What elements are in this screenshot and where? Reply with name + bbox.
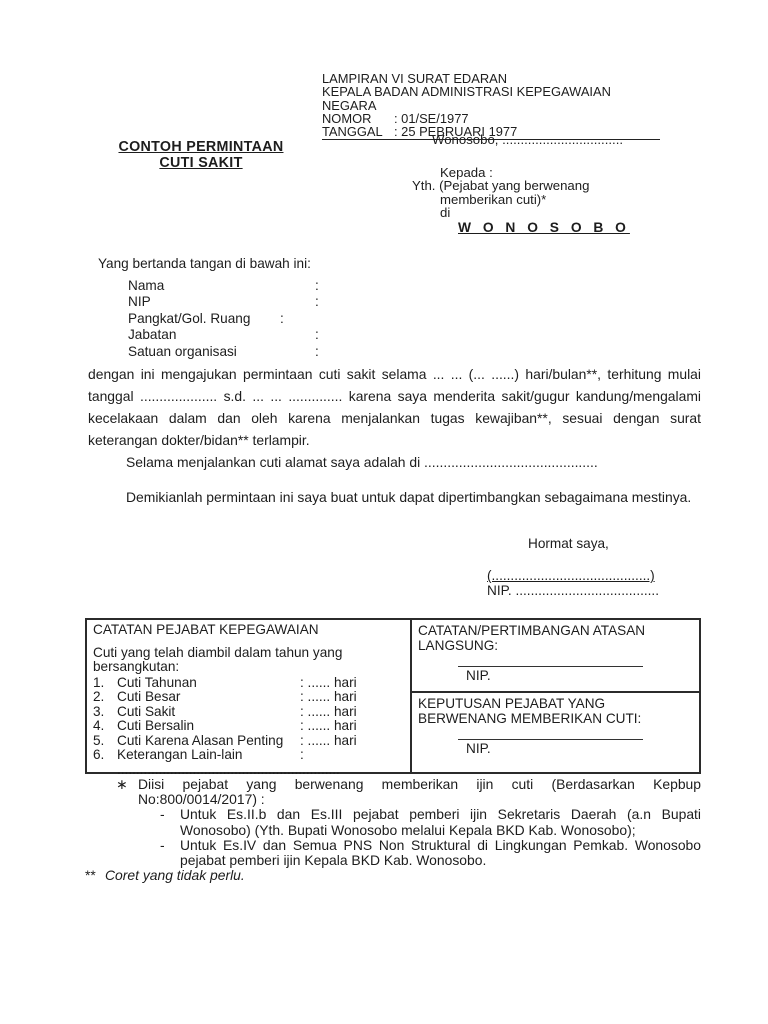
- address-block: Wonosobo, ..............................…: [412, 133, 687, 235]
- di-line: di: [440, 206, 687, 220]
- field-pangkat: Pangkat/Gol. Ruang:: [128, 311, 701, 327]
- double-asterisk-marker: **: [85, 868, 96, 883]
- field-jabatan: Jabatan:: [128, 327, 701, 343]
- leave-item-row: 2.Cuti Besar: ...... hari: [93, 690, 404, 705]
- officials-table: CATATAN PEJABAT KEPEGAWAIAN Cuti yang te…: [85, 618, 701, 774]
- signature-name-line: (.......................................…: [487, 568, 659, 583]
- catatan-atasan-title-line2: LANGSUNG:: [418, 638, 693, 653]
- item-label: Cuti Besar: [117, 690, 300, 705]
- city-name: W O N O S O B O: [458, 221, 687, 235]
- opening-line: Yang bertanda tangan di bawah ini:: [98, 256, 701, 271]
- leave-item-row: 1.Cuti Tahunan: ...... hari: [93, 676, 404, 691]
- item-value: :: [300, 748, 404, 763]
- leave-item-row: 3.Cuti Sakit: ...... hari: [93, 705, 404, 720]
- item-value: : ...... hari: [300, 719, 404, 734]
- nomor-row: NOMOR: 01/SE/1977: [322, 112, 660, 125]
- item-no: 2.: [93, 690, 117, 705]
- item-no: 1.: [93, 676, 117, 691]
- catatan-pejabat-subtitle: Cuti yang telah diambil dalam tahun yang…: [93, 646, 404, 675]
- identity-fields: Nama: NIP: Pangkat/Gol. Ruang: Jabatan: …: [128, 278, 701, 360]
- footnote-star: ∗ Diisi pejabat yang berwenang memberika…: [85, 777, 701, 807]
- address-during-leave-line: Selama menjalankan cuti alamat saya adal…: [88, 452, 701, 474]
- field-satuan: Satuan organisasi:: [128, 344, 701, 360]
- nomor-label: NOMOR: [322, 112, 394, 125]
- signature-block: Hormat saya, (..........................…: [487, 536, 659, 599]
- field-nama: Nama:: [128, 278, 701, 294]
- keputusan-title-line1: KEPUTUSAN PEJABAT YANG: [418, 696, 693, 711]
- footnote-double-star-text: Coret yang tidak perlu.: [105, 867, 245, 883]
- field-nip-colon: :: [315, 294, 319, 309]
- document-title-line1: CONTOH PERMINTAAN: [85, 139, 317, 155]
- field-jabatan-colon: :: [315, 327, 319, 342]
- field-satuan-colon: :: [315, 344, 319, 359]
- field-pangkat-label: Pangkat/Gol. Ruang: [128, 311, 280, 327]
- footnote-sub-item: - Untuk Es.IV dan Semua PNS Non Struktur…: [85, 838, 701, 868]
- letter-body: Yang bertanda tangan di bawah ini: Nama:…: [88, 256, 701, 508]
- footnote-sub-item: - Untuk Es.II.b dan Es.III pejabat pembe…: [85, 807, 701, 837]
- footnote-sub-text: Untuk Es.II.b dan Es.III pejabat pemberi…: [180, 806, 701, 837]
- catatan-atasan-cell: CATATAN/PERTIMBANGAN ATASAN LANGSUNG: NI…: [412, 620, 699, 693]
- item-label: Cuti Sakit: [117, 705, 300, 720]
- field-nama-label: Nama: [128, 278, 315, 294]
- item-label: Cuti Karena Alasan Penting: [117, 734, 300, 749]
- city-date-line: Wonosobo, ..............................…: [432, 133, 687, 147]
- field-satuan-label: Satuan organisasi: [128, 344, 315, 360]
- document-title: CONTOH PERMINTAAN CUTI SAKIT: [85, 139, 317, 171]
- dash-marker: -: [160, 838, 165, 853]
- field-nip: NIP:: [128, 294, 701, 310]
- keputusan-title-line2: BERWENANG MEMBERIKAN CUTI:: [418, 711, 693, 726]
- catatan-atasan-title-line1: CATATAN/PERTIMBANGAN ATASAN: [418, 623, 693, 638]
- item-no: 6.: [93, 748, 117, 763]
- yth-line1: Yth. (Pejabat yang berwenang: [412, 179, 687, 193]
- item-label: Keterangan Lain-lain: [117, 748, 300, 763]
- item-no: 3.: [93, 705, 117, 720]
- item-no: 5.: [93, 734, 117, 749]
- field-jabatan-label: Jabatan: [128, 327, 315, 343]
- field-nama-colon: :: [315, 278, 319, 293]
- asterisk-marker: ∗: [116, 777, 128, 792]
- leave-item-row: 4.Cuti Bersalin: ...... hari: [93, 719, 404, 734]
- keputusan-pejabat-cell: KEPUTUSAN PEJABAT YANG BERWENANG MEMBERI…: [412, 693, 699, 772]
- document-title-line2: CUTI SAKIT: [85, 155, 317, 171]
- leave-item-row: 6.Keterangan Lain-lain:: [93, 748, 404, 763]
- signature-rule: [458, 666, 643, 667]
- keputusan-nip-label: NIP.: [466, 741, 693, 756]
- right-column: CATATAN/PERTIMBANGAN ATASAN LANGSUNG: NI…: [412, 620, 699, 772]
- footnote-double-star: ** Coret yang tidak perlu.: [85, 868, 701, 883]
- document-page: LAMPIRAN VI SURAT EDARAN KEPALA BADAN AD…: [0, 0, 768, 1024]
- leave-item-row: 5.Cuti Karena Alasan Penting: ...... har…: [93, 734, 404, 749]
- item-label: Cuti Bersalin: [117, 719, 300, 734]
- kepada-line: Kepada :: [440, 166, 687, 180]
- item-value: : ...... hari: [300, 705, 404, 720]
- item-value: : ...... hari: [300, 676, 404, 691]
- closing-paragraph: Demikianlah permintaan ini saya buat unt…: [88, 487, 701, 509]
- footnotes: ∗ Diisi pejabat yang berwenang memberika…: [85, 777, 701, 883]
- dash-marker: -: [160, 807, 165, 822]
- catatan-pejabat-title: CATATAN PEJABAT KEPEGAWAIAN: [93, 623, 404, 638]
- catatan-pejabat-cell: CATATAN PEJABAT KEPEGAWAIAN Cuti yang te…: [87, 620, 412, 772]
- field-pangkat-colon: :: [280, 311, 284, 326]
- field-nip-label: NIP: [128, 294, 315, 310]
- item-no: 4.: [93, 719, 117, 734]
- item-value: : ...... hari: [300, 734, 404, 749]
- lampiran-header: LAMPIRAN VI SURAT EDARAN KEPALA BADAN AD…: [322, 72, 660, 140]
- item-label: Cuti Tahunan: [117, 676, 300, 691]
- footnote-sub-text: Untuk Es.IV dan Semua PNS Non Struktural…: [180, 837, 701, 868]
- salutation: Hormat saya,: [528, 536, 659, 551]
- lampiran-line1: LAMPIRAN VI SURAT EDARAN: [322, 72, 660, 85]
- signature-nip-line: NIP. ...................................…: [487, 583, 659, 598]
- yth-line2: memberikan cuti)*: [440, 193, 687, 207]
- signature-rule: [458, 739, 643, 740]
- atasan-nip-label: NIP.: [466, 668, 693, 683]
- lampiran-line2: KEPALA BADAN ADMINISTRASI KEPEGAWAIAN NE…: [322, 85, 660, 112]
- request-paragraph: dengan ini mengajukan permintaan cuti sa…: [88, 364, 701, 452]
- footnote-star-text: Diisi pejabat yang berwenang memberikan …: [138, 776, 701, 807]
- tanggal-label: TANGGAL: [322, 125, 394, 138]
- item-value: : ...... hari: [300, 690, 404, 705]
